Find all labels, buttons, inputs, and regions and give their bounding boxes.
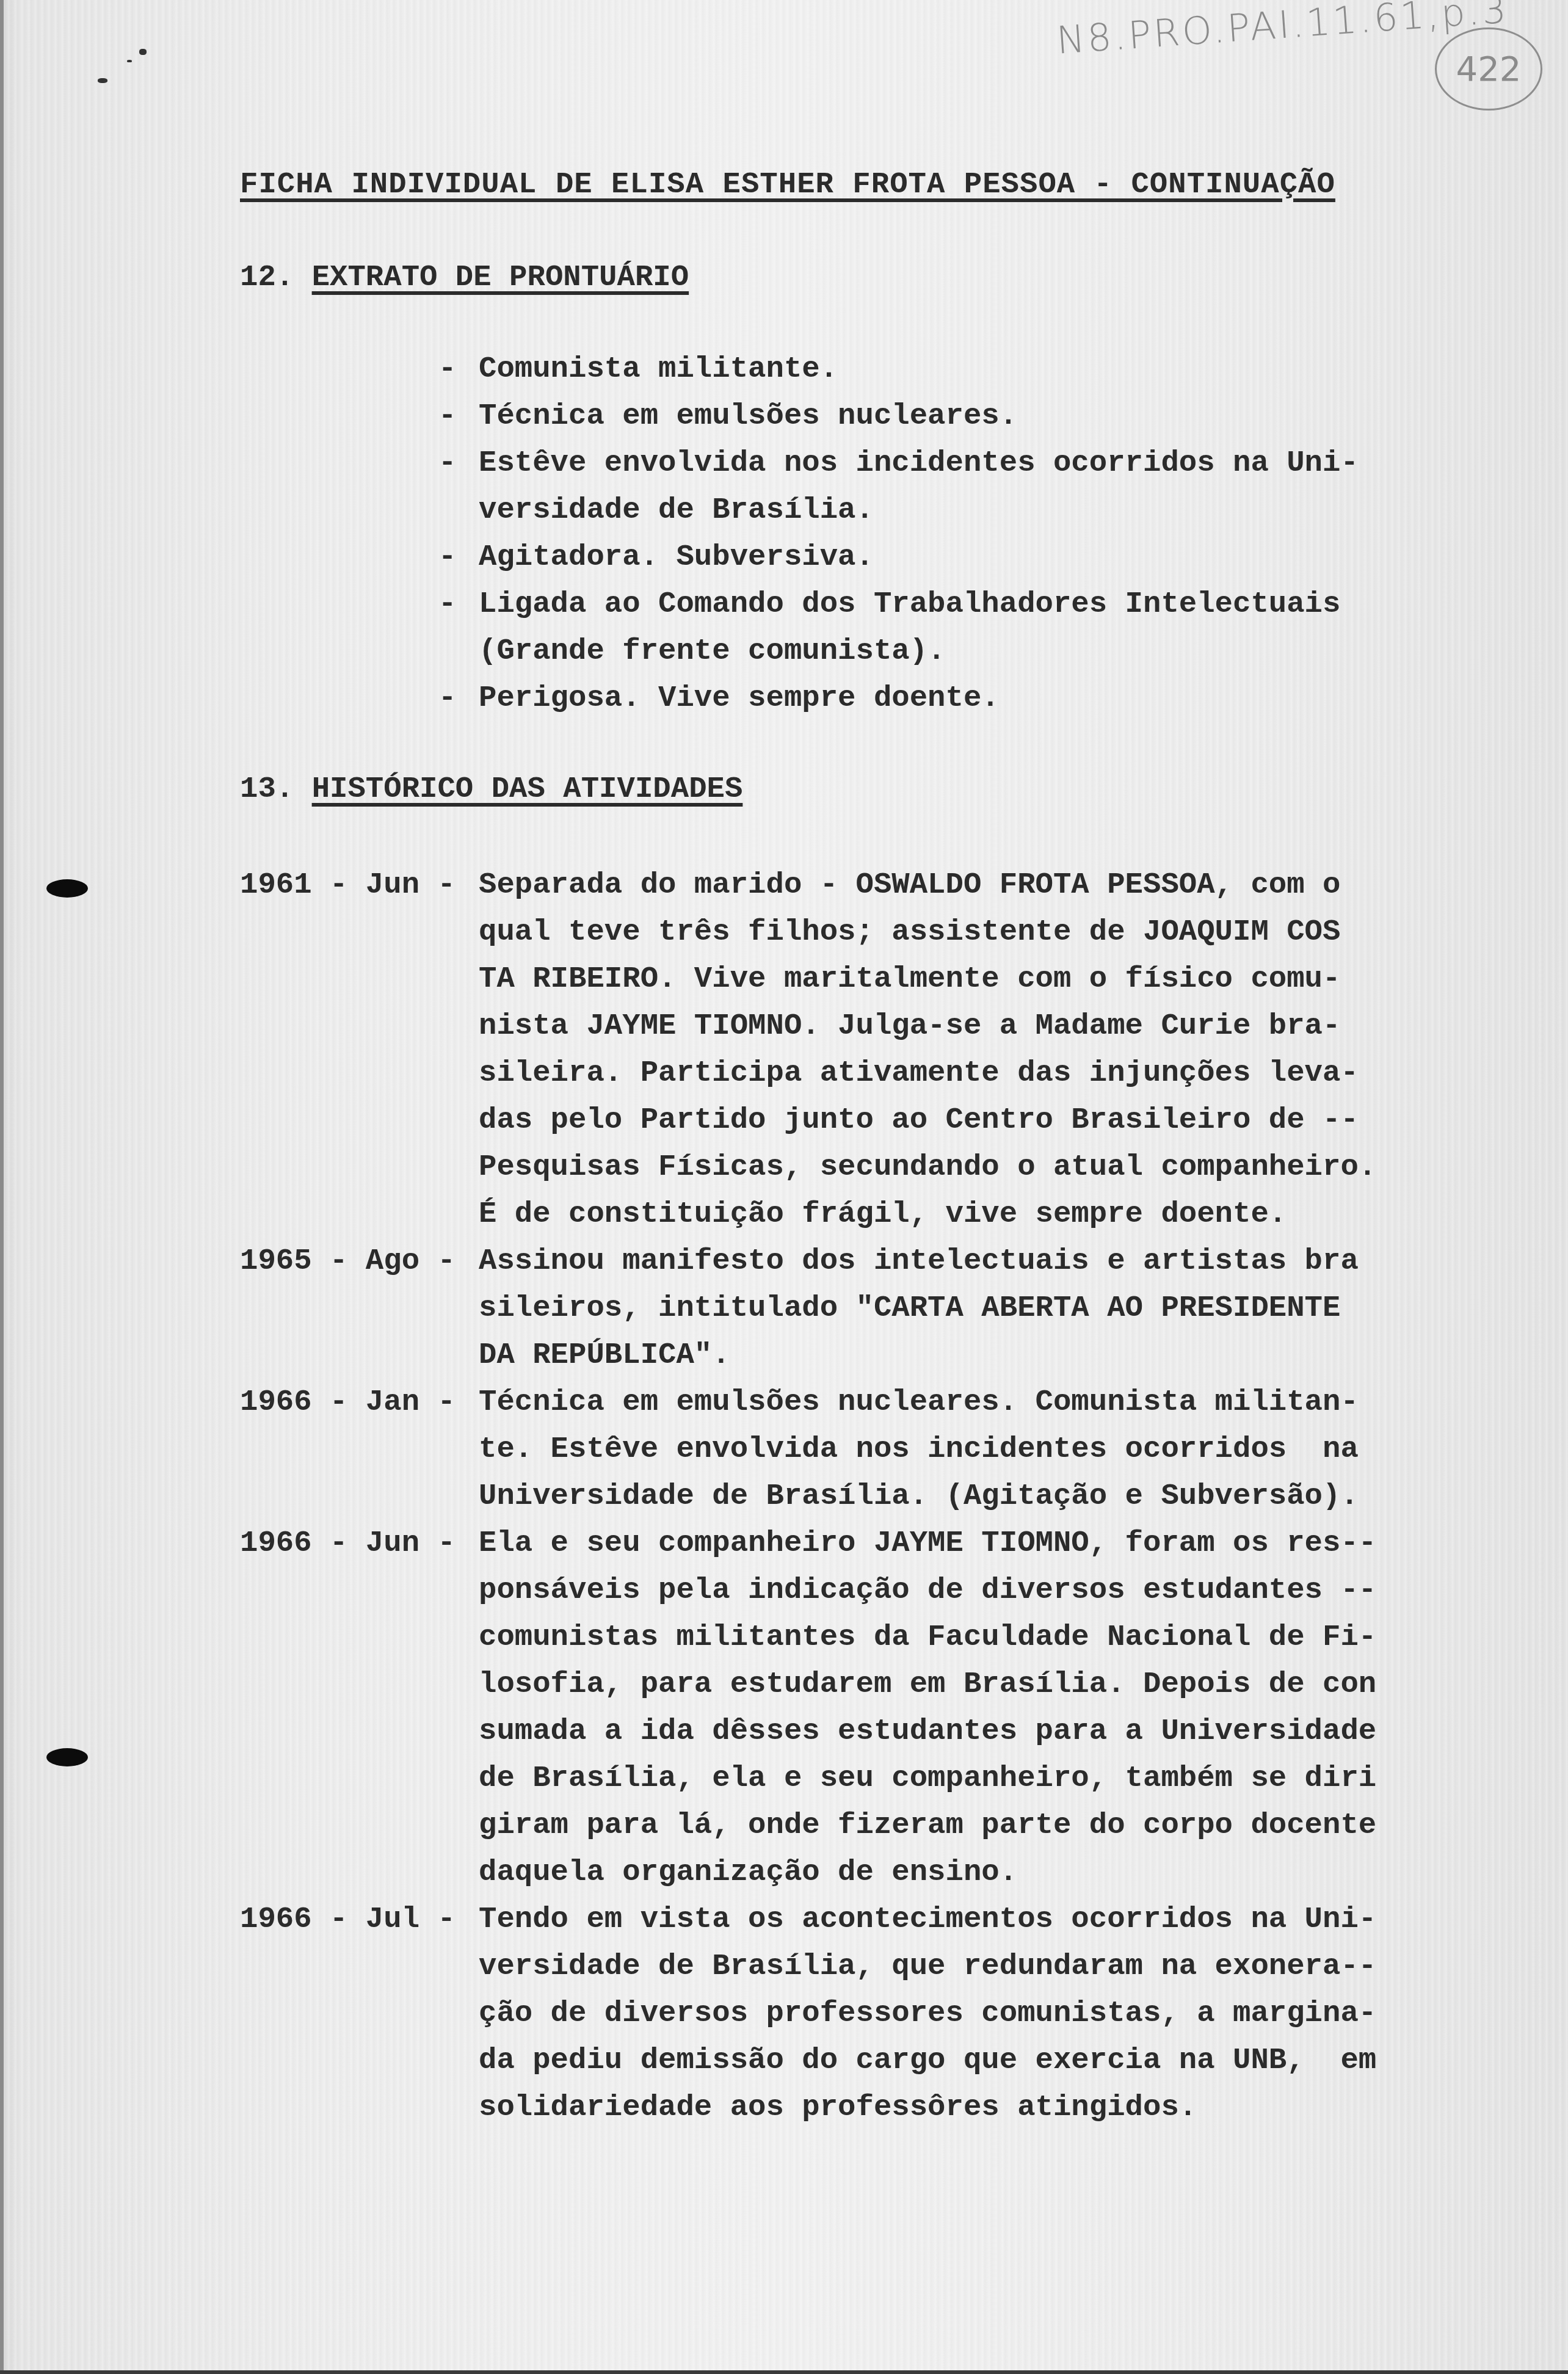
- list-item-text: Estêve envolvida nos incidentes ocorrido…: [479, 448, 1359, 478]
- bullet-dash: -: [438, 589, 456, 619]
- entry-text: Ela e seu companheiro JAYME TIOMNO, fora…: [479, 1528, 1376, 1558]
- bullet-dash: -: [438, 683, 456, 713]
- list-item-text: Comunista militante.: [479, 354, 838, 384]
- section-title: HISTÓRICO DAS ATIVIDADES: [312, 772, 743, 806]
- scan-edge-bottom: [0, 2370, 1568, 2374]
- punch-hole-top: [46, 879, 88, 898]
- list-item-text: (Grande frente comunista).: [479, 636, 946, 666]
- entry-text: Separada do marido - OSWALDO FROTA PESSO…: [479, 870, 1340, 900]
- entry-text: ponsáveis pela indicação de diversos est…: [479, 1575, 1376, 1605]
- entry-text: nista JAYME TIOMNO. Julga-se a Madame Cu…: [479, 1011, 1340, 1041]
- entry-date: 1966 - Jan -: [240, 1387, 456, 1417]
- entry-date: 1966 - Jun -: [240, 1528, 456, 1558]
- list-item-text: Técnica em emulsões nucleares.: [479, 401, 1017, 431]
- entry-text: de Brasília, ela e seu companheiro, tamb…: [479, 1763, 1376, 1793]
- section-heading-12: 12. EXTRATO DE PRONTUÁRIO: [240, 263, 689, 292]
- list-item-text: Perigosa. Vive sempre doente.: [479, 683, 1000, 713]
- ink-speck: [98, 78, 107, 83]
- ink-speck: [139, 49, 147, 55]
- punch-hole-bottom: [46, 1748, 88, 1766]
- entry-text: ção de diversos professores comunistas, …: [479, 1998, 1376, 2028]
- entry-text: comunistas militantes da Faculdade Nacio…: [479, 1622, 1376, 1652]
- entry-text: TA RIBEIRO. Vive maritalmente com o físi…: [479, 964, 1340, 994]
- list-item-text: versidade de Brasília.: [479, 495, 874, 525]
- entry-text: Técnica em emulsões nucleares. Comunista…: [479, 1387, 1359, 1417]
- entry-text: sileiros, intitulado "CARTA ABERTA AO PR…: [479, 1293, 1340, 1323]
- entry-text: giram para lá, onde fizeram parte do cor…: [479, 1810, 1376, 1840]
- page-number-circled: 422: [1435, 27, 1542, 111]
- bullet-dash: -: [438, 448, 456, 478]
- entry-text: solidariedade aos professôres atingidos.: [479, 2093, 1197, 2122]
- entry-text: É de constituição frágil, vive sempre do…: [479, 1199, 1287, 1229]
- entry-date: 1961 - Jun -: [240, 870, 456, 900]
- entry-text: Pesquisas Físicas, secundando o atual co…: [479, 1152, 1376, 1182]
- entry-date: 1966 - Jul -: [240, 1904, 456, 1934]
- page-number: 422: [1456, 49, 1522, 89]
- entry-text: qual teve três filhos; assistente de JOA…: [479, 917, 1340, 947]
- entry-text: DA REPÚBLICA".: [479, 1340, 730, 1370]
- entry-text: te. Estêve envolvida nos incidentes ocor…: [479, 1434, 1359, 1464]
- section-title: EXTRATO DE PRONTUÁRIO: [312, 260, 689, 294]
- scan-edge-left: [0, 0, 4, 2374]
- entry-text: versidade de Brasília, que redundaram na…: [479, 1951, 1376, 1981]
- entry-text: Universidade de Brasília. (Agitação e Su…: [479, 1481, 1359, 1511]
- section-number: 13.: [240, 772, 294, 806]
- entry-text: das pelo Partido junto ao Centro Brasile…: [479, 1105, 1359, 1135]
- document-title: FICHA INDIVIDUAL DE ELISA ESTHER FROTA P…: [240, 170, 1335, 200]
- entry-text: sumada a ida dêsses estudantes para a Un…: [479, 1716, 1376, 1746]
- entry-text: sileira. Participa ativamente das injunç…: [479, 1058, 1359, 1088]
- entry-text: da pediu demissão do cargo que exercia n…: [479, 2045, 1376, 2075]
- section-heading-13: 13. HISTÓRICO DAS ATIVIDADES: [240, 774, 742, 804]
- list-item-text: Agitadora. Subversiva.: [479, 542, 874, 572]
- entry-text: Assinou manifesto dos intelectuais e art…: [479, 1246, 1359, 1276]
- section-number: 12.: [240, 260, 294, 294]
- entry-text: Tendo em vista os acontecimentos ocorrid…: [479, 1904, 1376, 1934]
- entry-text: daquela organização de ensino.: [479, 1857, 1017, 1887]
- entry-date: 1965 - Ago -: [240, 1246, 456, 1276]
- bullet-dash: -: [438, 354, 456, 384]
- ink-speck: [127, 60, 132, 62]
- bullet-dash: -: [438, 401, 456, 431]
- list-item-text: Ligada ao Comando dos Trabalhadores Inte…: [479, 589, 1340, 619]
- entry-text: losofia, para estudarem em Brasília. Dep…: [479, 1669, 1376, 1699]
- bullet-dash: -: [438, 542, 456, 572]
